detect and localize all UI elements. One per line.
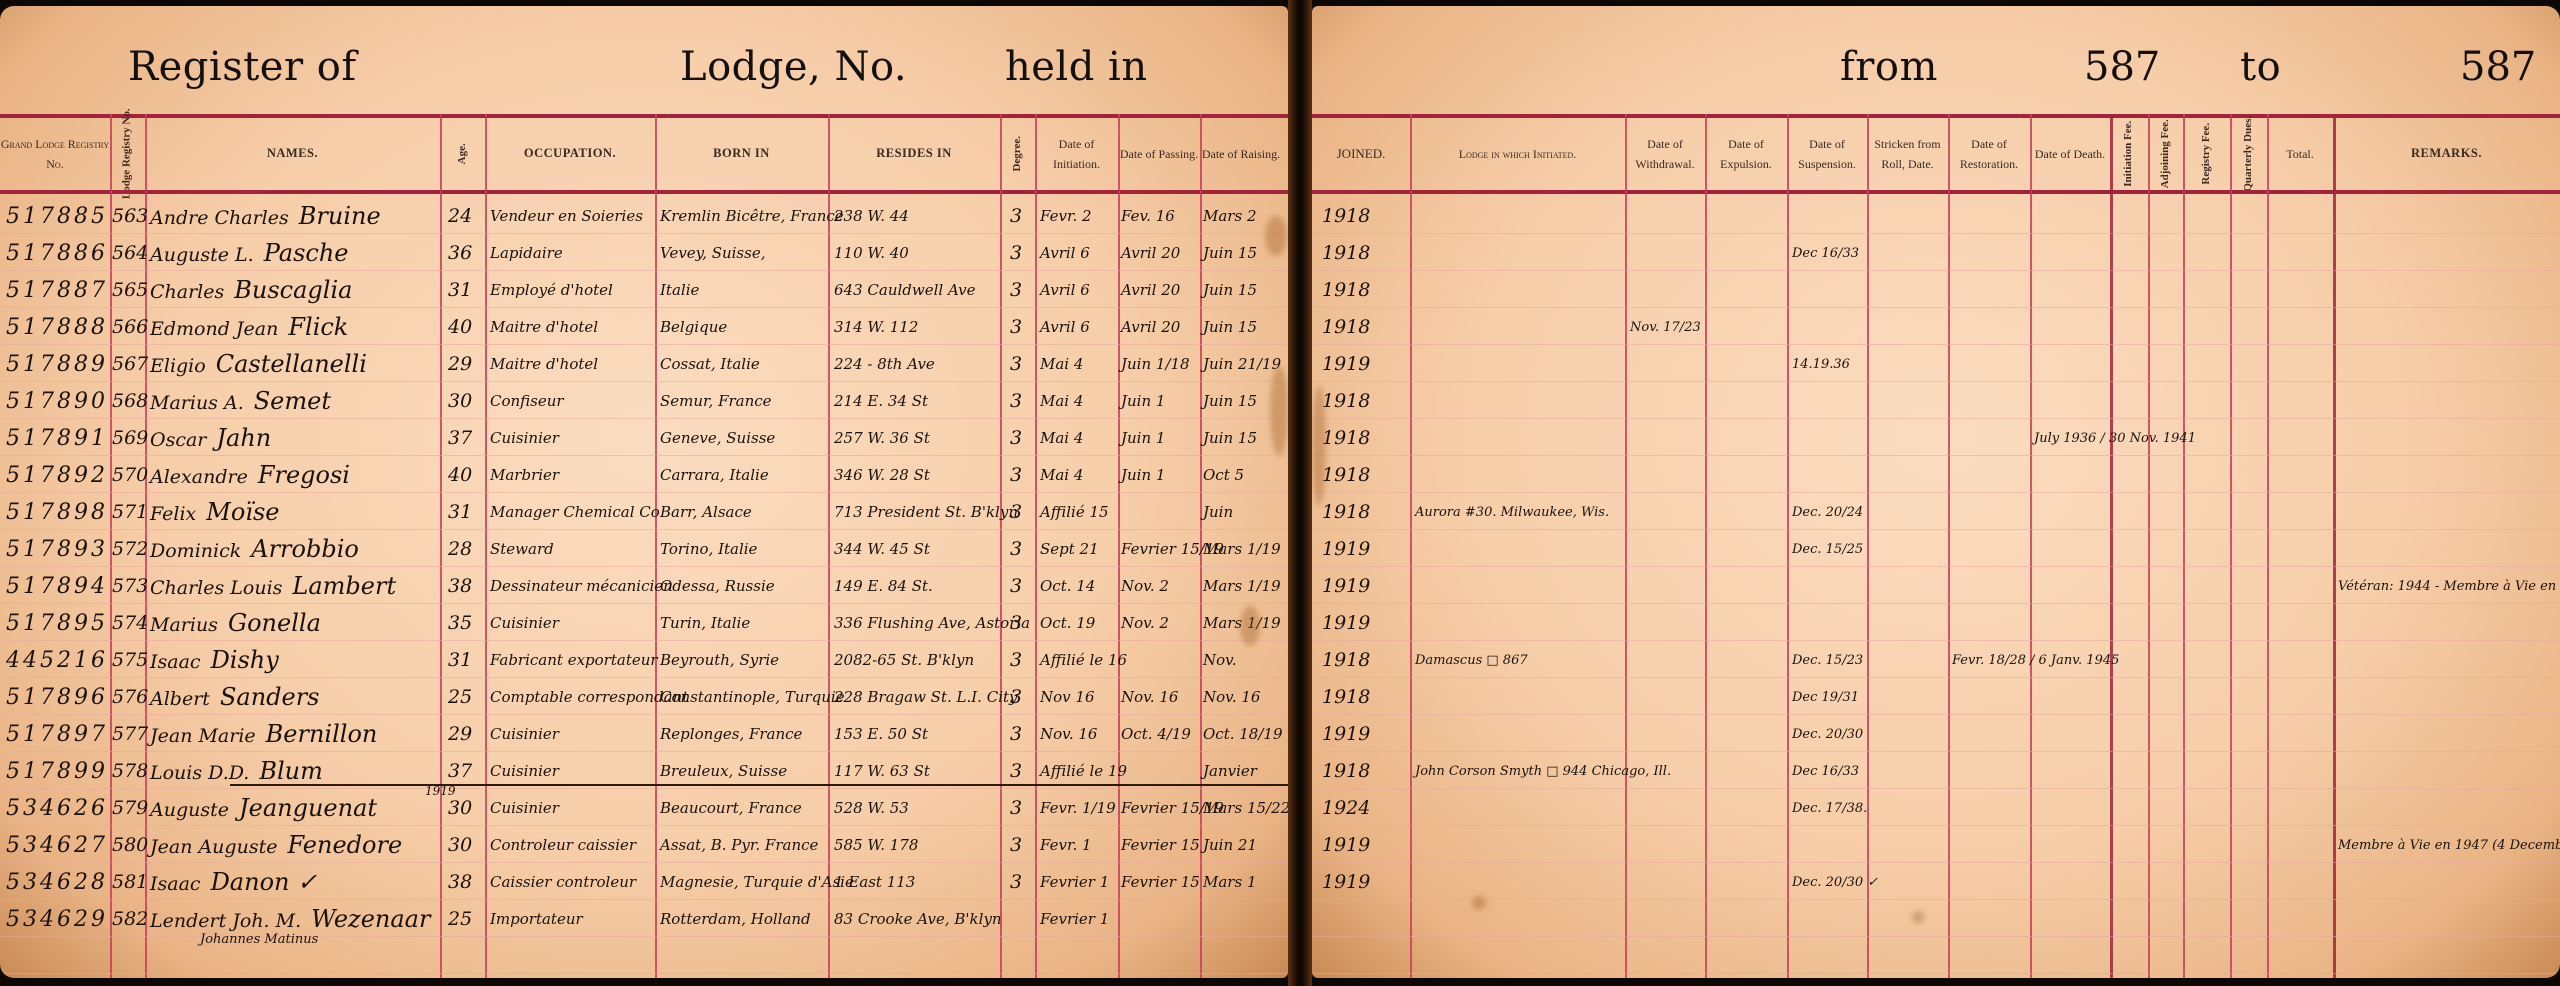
date-of-raising-cell: Juin 15	[1203, 309, 1257, 346]
row-rule	[1312, 455, 2560, 456]
joined-cell: 1918	[1322, 198, 1370, 235]
occupation-cell: Cuisinier	[490, 420, 559, 457]
occupation-cell: Employé d'hotel	[490, 272, 613, 309]
lodge-in-which-initiated-cell: Aurora #30. Milwaukee, Wis.	[1415, 494, 1609, 531]
table-row: 51789957837CuisinierBreuleux, Suisse117 …	[0, 753, 1288, 790]
row-rule	[0, 936, 1288, 937]
grand-lodge-registry-no-cell: 517886	[6, 235, 108, 272]
joined-cell: 1924	[1322, 790, 1370, 827]
age-cell: 31	[448, 642, 472, 679]
row-rule	[0, 270, 1288, 271]
age-cell: 31	[448, 494, 472, 531]
table-row: 51789657625Comptable correspondantConsta…	[0, 679, 1288, 716]
born-in-cell: Semur, France	[660, 383, 772, 420]
date-of-initiation-cell: Avril 6	[1040, 235, 1090, 272]
date-of-raising-cell: Juin 15	[1203, 235, 1257, 272]
header-degree: Degree.	[1000, 118, 1035, 190]
age-cell: 29	[448, 346, 472, 383]
name-cell: Jean AugusteFenedore	[150, 827, 402, 864]
table-row: 51789457338Dessinateur mécanicienOdessa,…	[0, 568, 1288, 605]
age-cell: 29	[448, 716, 472, 753]
date-of-raising-cell: Mars 15/22	[1203, 790, 1288, 827]
table-row: 1918Nov. 17/23	[1312, 309, 2560, 346]
surname: Blum	[259, 757, 323, 785]
date-of-passing-cell: Juin 1/18	[1121, 346, 1190, 383]
lodge-registry-no-cell: 582	[112, 901, 148, 938]
date-of-raising-cell: Juin	[1203, 494, 1233, 531]
date-of-suspension-cell: Dec. 20/24	[1792, 494, 1863, 531]
joined-cell: 1918	[1322, 420, 1370, 457]
lodge-registry-no-cell: 573	[112, 568, 148, 605]
surname: Danon ✓	[211, 868, 318, 896]
lodge-registry-no-cell: 578	[112, 753, 148, 790]
date-of-withdrawal-cell: Nov. 17/23	[1630, 309, 1701, 346]
name-cell: Marius A.Semet	[150, 383, 331, 420]
header-adjoining-fee: Adjoining Fee.	[2148, 118, 2183, 190]
grand-lodge-registry-no-cell: 517898	[6, 494, 108, 531]
date-of-initiation-cell: Nov. 16	[1040, 716, 1097, 753]
title-from-value: 587	[2084, 44, 2160, 90]
date-of-initiation-cell: Fevr. 1	[1040, 827, 1092, 864]
date-of-initiation-cell: Mai 4	[1040, 346, 1083, 383]
table-row: 1919Dec. 15/25	[1312, 531, 2560, 568]
date-of-initiation-cell: Mai 4	[1040, 457, 1083, 494]
grand-lodge-registry-no-cell: 517890	[6, 383, 108, 420]
name-cell: IsaacDishy	[150, 642, 279, 679]
joined-cell: 1918	[1322, 753, 1370, 790]
occupation-cell: Controleur caissier	[490, 827, 636, 864]
date-of-suspension-cell: Dec 16/33	[1792, 753, 1859, 790]
born-in-cell: Turin, Italie	[660, 605, 750, 642]
occupation-cell: Lapidaire	[490, 235, 563, 272]
row-rule	[1312, 603, 2560, 604]
given-names: Isaac	[150, 651, 201, 673]
lodge-registry-no-cell: 574	[112, 605, 148, 642]
occupation-cell: Vendeur en Soieries	[490, 198, 643, 235]
row-rule	[1312, 677, 2560, 678]
header-date-of-raising: Date of Raising.	[1200, 118, 1282, 190]
age-cell: 40	[448, 457, 472, 494]
age-cell: 30	[448, 827, 472, 864]
grand-lodge-registry-no-cell: 517892	[6, 457, 108, 494]
occupation-cell: Dessinateur mécanicien	[490, 568, 673, 605]
table-row: 51789557435CuisinierTurin, Italie336 Flu…	[0, 605, 1288, 642]
surname: Moïse	[206, 498, 279, 526]
remarks-cell: Vétéran: 1944 - Membre à Vie en 1944 / M…	[2338, 568, 2560, 605]
lodge-registry-no-cell: 569	[112, 420, 148, 457]
occupation-cell: Maitre d'hotel	[490, 309, 598, 346]
surname: Bernillon	[266, 720, 378, 748]
occupation-cell: Cuisinier	[490, 605, 559, 642]
date-of-raising-cell: Oct. 18/19	[1203, 716, 1283, 753]
surname: Castellanelli	[216, 350, 367, 378]
occupation-cell: Fabricant exportateur	[490, 642, 658, 679]
lodge-registry-no-cell: 576	[112, 679, 148, 716]
date-of-passing-cell: Juin 1	[1121, 457, 1165, 494]
date-of-raising-cell: Juin 15	[1203, 272, 1257, 309]
born-in-cell: Cossat, Italie	[660, 346, 760, 383]
surname: Semet	[254, 387, 331, 415]
age-cell: 31	[448, 272, 472, 309]
name-cell: EligioCastellanelli	[150, 346, 367, 383]
header-resides-in: RESIDES IN	[828, 118, 1000, 190]
date-of-passing-cell: Nov. 2	[1121, 568, 1169, 605]
date-of-passing-cell: Fevrier 15	[1121, 827, 1200, 864]
age-cell: 40	[448, 309, 472, 346]
table-row: 51789257040MarbrierCarrara, Italie346 W.…	[0, 457, 1288, 494]
table-row: 1918	[1312, 457, 2560, 494]
row-rule	[1312, 936, 2560, 937]
title-from: from	[1840, 44, 1938, 90]
joined-cell: 1918	[1322, 679, 1370, 716]
row-rule	[0, 344, 1288, 345]
joined-cell: 1918	[1322, 494, 1370, 531]
given-names: Charles	[150, 281, 224, 303]
row-rule	[0, 381, 1288, 382]
lodge-registry-no-cell: 567	[112, 346, 148, 383]
row-rule	[1312, 270, 2560, 271]
header-grand-lodge-registry-no: Grand Lodge Registry No.	[0, 118, 110, 190]
grand-lodge-registry-no-cell: 517885	[6, 198, 108, 235]
fullname-annotation: Johannes Matinus	[200, 932, 318, 947]
joined-cell: 1918	[1322, 457, 1370, 494]
born-in-cell: Italie	[660, 272, 699, 309]
date-of-initiation-cell: Avril 6	[1040, 309, 1090, 346]
given-names: Andre Charles	[150, 207, 289, 229]
date-of-passing-cell: Fev. 16	[1121, 198, 1175, 235]
table-row: 51789857131Manager Chemical CoBarr, Alsa…	[0, 494, 1288, 531]
surname: Fregosi	[258, 461, 350, 489]
given-names: Dominick	[150, 540, 241, 562]
grand-lodge-registry-no-cell: 517889	[6, 346, 108, 383]
occupation-cell: Marbrier	[490, 457, 559, 494]
paper-stain	[1472, 896, 1486, 910]
born-in-cell: Rotterdam, Holland	[660, 901, 811, 938]
table-row: 51788556324Vendeur en SoieriesKremlin Bi…	[0, 198, 1288, 235]
degree-cell: 3	[1010, 864, 1022, 901]
name-cell: Andre CharlesBruine	[150, 198, 381, 235]
header-names: NAMES.	[145, 118, 440, 190]
table-row: 1919Membre à Vie en 1947 (4 Decembre)	[1312, 827, 2560, 864]
age-cell: 24	[448, 198, 472, 235]
title-held-in: held in	[1005, 44, 1148, 90]
given-names: Lendert Joh. M.	[150, 910, 301, 932]
row-rule	[1312, 825, 2560, 826]
header-born-in: BORN IN	[655, 118, 828, 190]
born-in-cell: Barr, Alsace	[660, 494, 752, 531]
paper-stain	[1312, 386, 1326, 506]
date-of-initiation-cell: Mai 4	[1040, 383, 1083, 420]
right-header-row: JOINED. Lodge in which Initiated. Date o…	[1312, 118, 2560, 190]
occupation-cell: Confiseur	[490, 383, 564, 420]
occupation-cell: Caissier controleur	[490, 864, 636, 901]
date-of-initiation-cell: Affilié 15	[1040, 494, 1109, 531]
header-stricken-from-roll: Stricken from Roll, Date.	[1867, 118, 1948, 190]
date-of-passing-cell: Oct. 4/19	[1121, 716, 1191, 753]
header-date-of-suspension: Date of Suspension.	[1787, 118, 1867, 190]
degree-cell: 3	[1010, 457, 1022, 494]
degree-cell: 3	[1010, 605, 1022, 642]
resides-in-cell: 643 Cauldwell Ave	[834, 272, 976, 309]
resides-in-cell: 2082-65 St. B'klyn	[834, 642, 974, 679]
born-in-cell: Belgique	[660, 309, 727, 346]
given-names: Charles Louis	[150, 577, 282, 599]
resides-in-cell: 336 Flushing Ave, Astoria	[834, 605, 1030, 642]
joined-cell: 1918	[1322, 642, 1370, 679]
date-of-passing-cell: Juin 1	[1121, 383, 1165, 420]
date-of-initiation-cell: Sept 21	[1040, 531, 1099, 568]
date-of-raising-cell: Oct 5	[1203, 457, 1244, 494]
age-cell: 25	[448, 679, 472, 716]
resides-in-cell: 344 W. 45 St	[834, 531, 930, 568]
row-rule	[0, 529, 1288, 530]
born-in-cell: Carrara, Italie	[660, 457, 769, 494]
occupation-cell: Comptable correspondant	[490, 679, 688, 716]
age-cell: 30	[448, 383, 472, 420]
occupation-cell: Steward	[490, 531, 554, 568]
age-cell: 35	[448, 605, 472, 642]
name-cell: Jean MarieBernillon	[150, 716, 377, 753]
given-names: Felix	[150, 503, 196, 525]
row-rule	[1312, 418, 2560, 419]
row-rule	[1312, 862, 2560, 863]
table-row: 51788656436LapidaireVevey, Suisse,110 W.…	[0, 235, 1288, 272]
header-registry-fee: Registry Fee.	[2183, 118, 2230, 190]
table-row	[1312, 901, 2560, 938]
degree-cell: 3	[1010, 716, 1022, 753]
table-row: 1918	[1312, 272, 2560, 309]
table-row: 1918Dec 19/31	[1312, 679, 2560, 716]
date-of-initiation-cell: Nov 16	[1040, 679, 1095, 716]
joined-cell: 1919	[1322, 716, 1370, 753]
surname: Fenedore	[287, 831, 402, 859]
date-of-suspension-cell: Dec 19/31	[1792, 679, 1859, 716]
surname: Sanders	[220, 683, 320, 711]
resides-in-cell: 83 Crooke Ave, B'klyn	[834, 901, 1002, 938]
lodge-registry-no-cell: 577	[112, 716, 148, 753]
table-row: 191914.19.36	[1312, 346, 2560, 383]
degree-cell: 3	[1010, 383, 1022, 420]
title-register-of: Register of	[128, 44, 357, 90]
title-to: to	[2240, 44, 2281, 90]
resides-in-cell: 585 W. 178	[834, 827, 918, 864]
joined-cell: 1919	[1322, 827, 1370, 864]
date-of-raising-cell: Mars 1/19	[1203, 568, 1281, 605]
row-rule	[1312, 492, 2560, 493]
lodge-registry-no-cell: 565	[112, 272, 148, 309]
born-in-cell: Beaucourt, France	[660, 790, 802, 827]
resides-in-cell: 257 W. 36 St	[834, 420, 930, 457]
table-row: 1919Dec. 20/30 ✓	[1312, 864, 2560, 901]
degree-cell: 3	[1010, 790, 1022, 827]
lodge-in-which-initiated-cell: Damascus □ 867	[1415, 642, 1528, 679]
occupation-cell: Importateur	[490, 901, 583, 938]
table-row: 51788856640Maitre d'hotelBelgique314 W. …	[0, 309, 1288, 346]
name-cell: DominickArrobbio	[150, 531, 359, 568]
degree-cell: 3	[1010, 309, 1022, 346]
degree-cell: 3	[1010, 272, 1022, 309]
row-rule	[1312, 640, 2560, 641]
age-cell: 38	[448, 568, 472, 605]
date-of-initiation-cell: Oct. 14	[1040, 568, 1095, 605]
born-in-cell: Magnesie, Turquie d'Asie	[660, 864, 854, 901]
grand-lodge-registry-no-cell: 517891	[6, 420, 108, 457]
row-rule	[1312, 788, 2560, 789]
right-page: from 587 to 587 JOINED. Lodge in which I…	[1312, 6, 2560, 978]
born-in-cell: Replonges, France	[660, 716, 802, 753]
name-cell: Charles LouisLambert	[150, 568, 396, 605]
joined-cell: 1918	[1322, 383, 1370, 420]
date-of-suspension-cell: Dec. 15/25	[1792, 531, 1863, 568]
table-row: 1918	[1312, 198, 2560, 235]
row-rule	[0, 973, 1288, 974]
lodge-in-which-initiated-cell: John Corson Smyth □ 944 Chicago, Ill.	[1415, 753, 1671, 790]
name-cell: CharlesBuscaglia	[150, 272, 352, 309]
row-rule	[1312, 233, 2560, 234]
name-cell: Edmond JeanFlick	[150, 309, 348, 346]
resides-in-cell: 314 W. 112	[834, 309, 918, 346]
paper-stain	[1240, 606, 1260, 646]
resides-in-cell: 713 President St. B'klyn	[834, 494, 1018, 531]
resides-in-cell: 1 East 113	[834, 864, 915, 901]
grand-lodge-registry-no-cell: 534629	[6, 901, 108, 938]
surname: Arrobbio	[251, 535, 359, 563]
lodge-registry-no-cell: 579	[112, 790, 148, 827]
table-row: 44521657531Fabricant exportateurBeyrouth…	[0, 642, 1288, 679]
surname: Flick	[288, 313, 348, 341]
date-of-raising-cell: Juin 15	[1203, 383, 1257, 420]
lodge-registry-no-cell: 575	[112, 642, 148, 679]
lodge-registry-no-cell: 564	[112, 235, 148, 272]
occupation-cell: Cuisinier	[490, 790, 559, 827]
table-row: 53462657930CuisinierBeaucourt, France528…	[0, 790, 1288, 827]
resides-in-cell: 149 E. 84 St.	[834, 568, 933, 605]
date-of-raising-cell: Juin 21/19	[1203, 346, 1281, 383]
row-rule	[1312, 714, 2560, 715]
date-of-suspension-cell: Dec. 17/38.	[1792, 790, 1867, 827]
header-date-of-death: Date of Death.	[2030, 118, 2110, 190]
header-date-of-initiation: Date of Initiation.	[1035, 118, 1118, 190]
date-of-suspension-cell: Dec. 15/23	[1792, 642, 1863, 679]
header-date-of-passing: Date of Passing.	[1118, 118, 1200, 190]
row-rule	[1312, 381, 2560, 382]
date-of-passing-cell: Nov. 16	[1121, 679, 1178, 716]
born-in-cell: Kremlin Bicêtre, France	[660, 198, 844, 235]
age-cell: 25	[448, 901, 472, 938]
paper-stain	[1912, 911, 1924, 923]
born-in-cell: Vevey, Suisse,	[660, 235, 765, 272]
given-names: Auguste	[150, 799, 229, 821]
degree-cell: 3	[1010, 827, 1022, 864]
row-rule	[0, 751, 1288, 752]
age-cell: 28	[448, 531, 472, 568]
date-of-suspension-cell: Dec 16/33	[1792, 235, 1859, 272]
row-rule	[1312, 899, 2560, 900]
joined-cell: 1918	[1322, 309, 1370, 346]
surname: Wezenaar	[311, 905, 430, 933]
row-rule	[0, 603, 1288, 604]
given-names: Auguste L.	[150, 244, 254, 266]
given-names: Oscar	[150, 429, 206, 451]
born-in-cell: Beyrouth, Syrie	[660, 642, 779, 679]
date-of-passing-cell: Nov. 2	[1121, 605, 1169, 642]
header-date-of-restoration: Date of Restoration.	[1948, 118, 2030, 190]
given-names: Alexandre	[150, 466, 248, 488]
given-names: Louis D.D.	[150, 762, 249, 784]
name-cell: OscarJahn	[150, 420, 271, 457]
name-cell: FelixMoïse	[150, 494, 279, 531]
date-of-passing-cell: Fevrier 15	[1121, 864, 1200, 901]
age-cell: 36	[448, 235, 472, 272]
header-quarterly-dues: Quarterly Dues.	[2230, 118, 2267, 190]
grand-lodge-registry-no-cell: 534627	[6, 827, 108, 864]
header-age: Age.	[440, 118, 485, 190]
underline-rule	[230, 784, 1288, 786]
date-of-raising-cell: Juin 15	[1203, 420, 1257, 457]
born-in-cell: Assat, B. Pyr. France	[660, 827, 818, 864]
table-row: 51789357228StewardTorino, Italie344 W. 4…	[0, 531, 1288, 568]
surname: Bruine	[299, 202, 381, 230]
table-row: 1918John Corson Smyth □ 944 Chicago, Ill…	[1312, 753, 2560, 790]
surname: Jahn	[216, 424, 271, 452]
table-row: 1924Dec. 17/38.	[1312, 790, 2560, 827]
joined-cell: 1919	[1322, 568, 1370, 605]
row-rule	[0, 492, 1288, 493]
row-rule	[1312, 566, 2560, 567]
table-row: 1918	[1312, 383, 2560, 420]
row-rule	[1312, 307, 2560, 308]
degree-cell: 3	[1010, 642, 1022, 679]
born-in-cell: Torino, Italie	[660, 531, 757, 568]
row-rule	[0, 788, 1288, 789]
grand-lodge-registry-no-cell: 517897	[6, 716, 108, 753]
grand-lodge-registry-no-cell: 445216	[6, 642, 108, 679]
table-row: 51788956729Maitre d'hotelCossat, Italie2…	[0, 346, 1288, 383]
grand-lodge-registry-no-cell: 534626	[6, 790, 108, 827]
table-row: 1918Dec 16/33	[1312, 235, 2560, 272]
date-of-initiation-cell: Fevrier 1	[1040, 901, 1109, 938]
date-of-passing-cell: Avril 20	[1121, 272, 1180, 309]
date-of-raising-cell: Mars 1/19	[1203, 531, 1281, 568]
occupation-cell: Manager Chemical Co	[490, 494, 660, 531]
given-names: Marius A.	[150, 392, 244, 414]
date-of-passing-cell: Avril 20	[1121, 309, 1180, 346]
joined-cell: 1919	[1322, 346, 1370, 383]
joined-cell: 1919	[1322, 531, 1370, 568]
date-of-suspension-cell: Dec. 20/30 ✓	[1792, 864, 1878, 901]
given-names: Jean Marie	[150, 725, 256, 747]
occupation-cell: Cuisinier	[490, 716, 559, 753]
header-remarks: REMARKS.	[2333, 118, 2560, 190]
name-cell: AlbertSanders	[150, 679, 320, 716]
date-of-raising-cell: Nov.	[1203, 642, 1237, 679]
lodge-registry-no-cell: 563	[112, 198, 148, 235]
header-bottom-rule	[1312, 190, 2560, 194]
table-row: 53462758030Controleur caissierAssat, B. …	[0, 827, 1288, 864]
row-rule	[0, 862, 1288, 863]
grand-lodge-registry-no-cell: 517899	[6, 753, 108, 790]
table-row: 1918Damascus □ 867Dec. 15/23Fevr. 18/28 …	[1312, 642, 2560, 679]
date-of-passing-cell: Juin 1	[1121, 420, 1165, 457]
date-of-passing-cell: Avril 20	[1121, 235, 1180, 272]
joined-cell: 1918	[1322, 235, 1370, 272]
resides-in-cell: 214 E. 34 St	[834, 383, 928, 420]
title-lodge-no: Lodge, No.	[680, 44, 907, 90]
lodge-registry-no-cell: 570	[112, 457, 148, 494]
row-rule	[1312, 529, 2560, 530]
degree-cell: 3	[1010, 568, 1022, 605]
date-of-initiation-cell: Affilié le 16	[1040, 642, 1127, 679]
